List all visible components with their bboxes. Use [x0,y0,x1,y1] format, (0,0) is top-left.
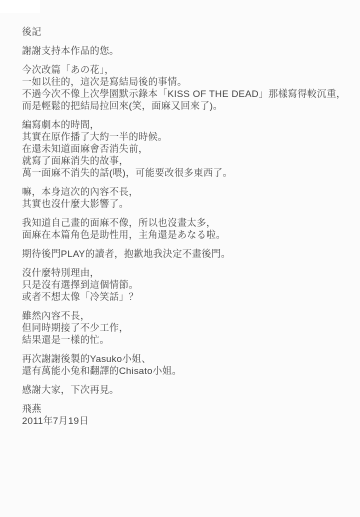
paragraph-body-10: 感謝大家，下次再見。 [22,385,354,397]
text-line: 2011年7月19日 [22,416,354,428]
text-line: 飛燕 [22,404,354,416]
text-line: 萬一面麻不消失的話(喂)，可能要改很多東西了。 [22,168,354,180]
text-line: 但同時期接了不少工作， [22,323,354,335]
text-line: 今次改篇「あの花」， [22,65,354,77]
text-line: 只是沒有選擇到這個情節。 [22,280,354,292]
text-line: 雖然內容不長， [22,311,354,323]
text-line: 感謝大家，下次再見。 [22,385,354,397]
paragraph-body-4: 嘛，本身這次的內容不長，其實也沒什麼大影響了。 [22,187,354,211]
paragraph-heading-0: 後記 [22,27,354,39]
scanned-afterword-page: { "page": { "background_color": "#fbfbfb… [0,0,360,517]
paragraph-signature-11: 飛燕2011年7月19日 [22,404,354,428]
text-line: 謝謝支持本作品的您。 [22,46,354,58]
paragraph-body-2: 今次改篇「あの花」，一如以往的，這次是寫結局後的事情。不過今次不像上次學園默示錄… [22,65,354,113]
text-line: 後記 [22,27,354,39]
text-line: 嘛，本身這次的內容不長， [22,187,354,199]
text-line: 面麻在本篇角色是助性用，主角還是あなる啦。 [22,230,354,242]
paragraph-body-3: 編寫劇本的時間，其實在原作播了大約一半的時候。在還未知道面麻會否消失前，就寫了面… [22,120,354,180]
paragraph-body-6: 期待後門PLAY的讀者，抱歉地我決定不畫後門。 [22,249,354,261]
text-line: 不過今次不像上次學園默示錄本「KISS OF THE DEAD」那樣寫得較沉重， [22,89,354,101]
text-line: 結果還是一樣的忙。 [22,335,354,347]
text-line: 就寫了面麻消失的故事， [22,156,354,168]
paragraph-body-9: 再次謝謝後製的Yasuko小姐、還有萬能小兔和翻譯的Chisato小姐。 [22,354,354,378]
afterword-text-block: 後記謝謝支持本作品的您。今次改篇「あの花」，一如以往的，這次是寫結局後的事情。不… [0,0,360,435]
paragraph-body-7: 沒什麼特別理由，只是沒有選擇到這個情節。或者不想太像「冷笑話」？ [22,268,354,304]
text-line: 一如以往的，這次是寫結局後的事情。 [22,77,354,89]
text-line: 我知道自己畫的面麻不像，所以也沒畫太多， [22,218,354,230]
text-line: 編寫劇本的時間， [22,120,354,132]
text-line: 其實在原作播了大約一半的時候。 [22,132,354,144]
text-line: 沒什麼特別理由， [22,268,354,280]
paragraph-body-5: 我知道自己畫的面麻不像，所以也沒畫太多，面麻在本篇角色是助性用，主角還是あなる啦… [22,218,354,242]
text-line: 在還未知道面麻會否消失前， [22,144,354,156]
paragraph-body-1: 謝謝支持本作品的您。 [22,46,354,58]
text-line: 其實也沒什麼大影響了。 [22,199,354,211]
text-line: 或者不想太像「冷笑話」？ [22,292,354,304]
text-line: 而是輕鬆的把結局拉回來(笑，面麻又回來了)。 [22,101,354,113]
text-line: 期待後門PLAY的讀者，抱歉地我決定不畫後門。 [22,249,354,261]
text-line: 再次謝謝後製的Yasuko小姐、 [22,354,354,366]
text-line: 還有萬能小兔和翻譯的Chisato小姐。 [22,366,354,378]
paragraph-body-8: 雖然內容不長，但同時期接了不少工作，結果還是一樣的忙。 [22,311,354,347]
